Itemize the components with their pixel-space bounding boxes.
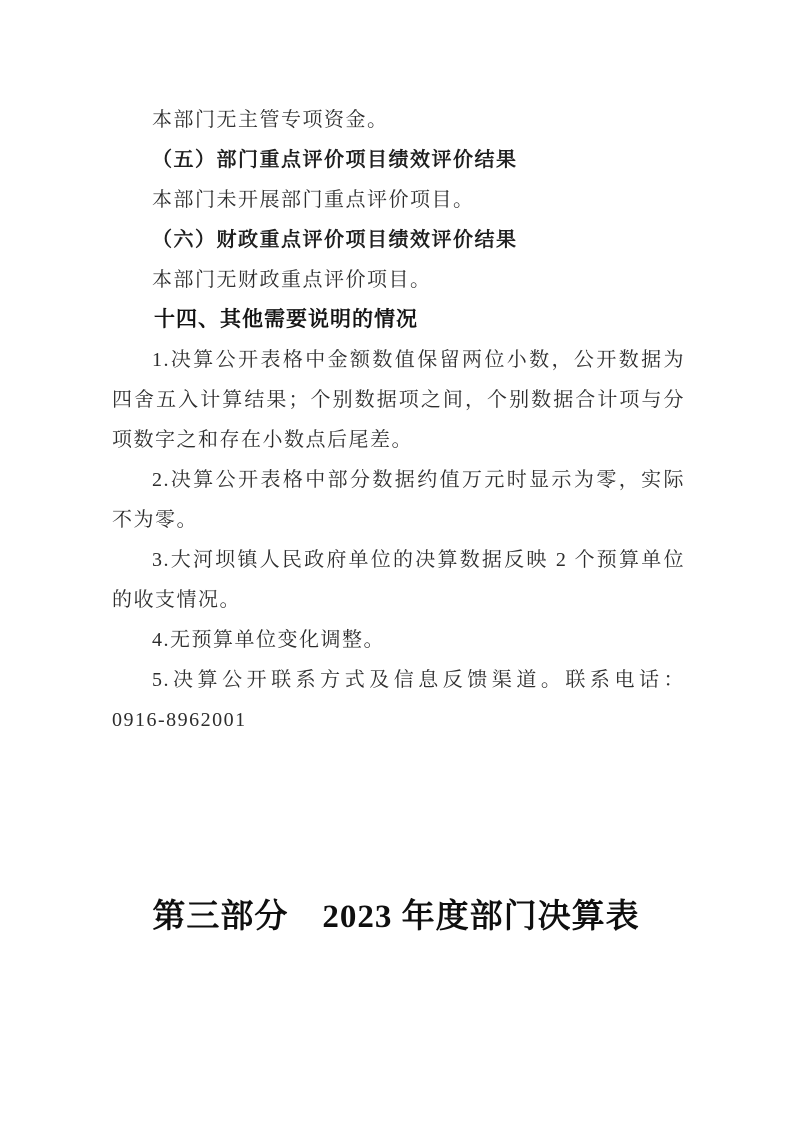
part-three-title: 第三部分 2023 年度部门决算表 [0, 893, 792, 941]
text-line: 四舍五入计算结果；个别数据项之间，个别数据合计项与分 [112, 380, 685, 420]
document-page: 本部门无主管专项资金。 （五）部门重点评价项目绩效评价结果 本部门未开展部门重点… [0, 0, 792, 1121]
text-line: 的收支情况。 [112, 580, 685, 620]
text-line: 5.决算公开联系方式及信息反馈渠道。联系电话： [112, 660, 685, 700]
contact-phone-line: 0916-8962001 [112, 700, 685, 740]
text-line: 1.决算公开表格中金额数值保留两位小数，公开数据为 [112, 340, 685, 380]
subsection-heading-five: （五）部门重点评价项目绩效评价结果 [112, 140, 685, 180]
section-heading-fourteen: 十四、其他需要说明的情况 [112, 300, 685, 340]
text-line: 3.大河坝镇人民政府单位的决算数据反映 2 个预算单位 [112, 540, 685, 580]
text-line: 本部门无财政重点评价项目。 [112, 260, 685, 300]
text-line: 2.决算公开表格中部分数据约值万元时显示为零，实际 [112, 460, 685, 500]
text-line: 本部门无主管专项资金。 [112, 100, 685, 140]
text-line: 本部门未开展部门重点评价项目。 [112, 180, 685, 220]
subsection-heading-six: （六）财政重点评价项目绩效评价结果 [112, 220, 685, 260]
text-line: 4.无预算单位变化调整。 [112, 620, 685, 660]
document-body: 本部门无主管专项资金。 （五）部门重点评价项目绩效评价结果 本部门未开展部门重点… [112, 100, 685, 740]
text-line: 不为零。 [112, 500, 685, 540]
text-line: 项数字之和存在小数点后尾差。 [112, 420, 685, 460]
